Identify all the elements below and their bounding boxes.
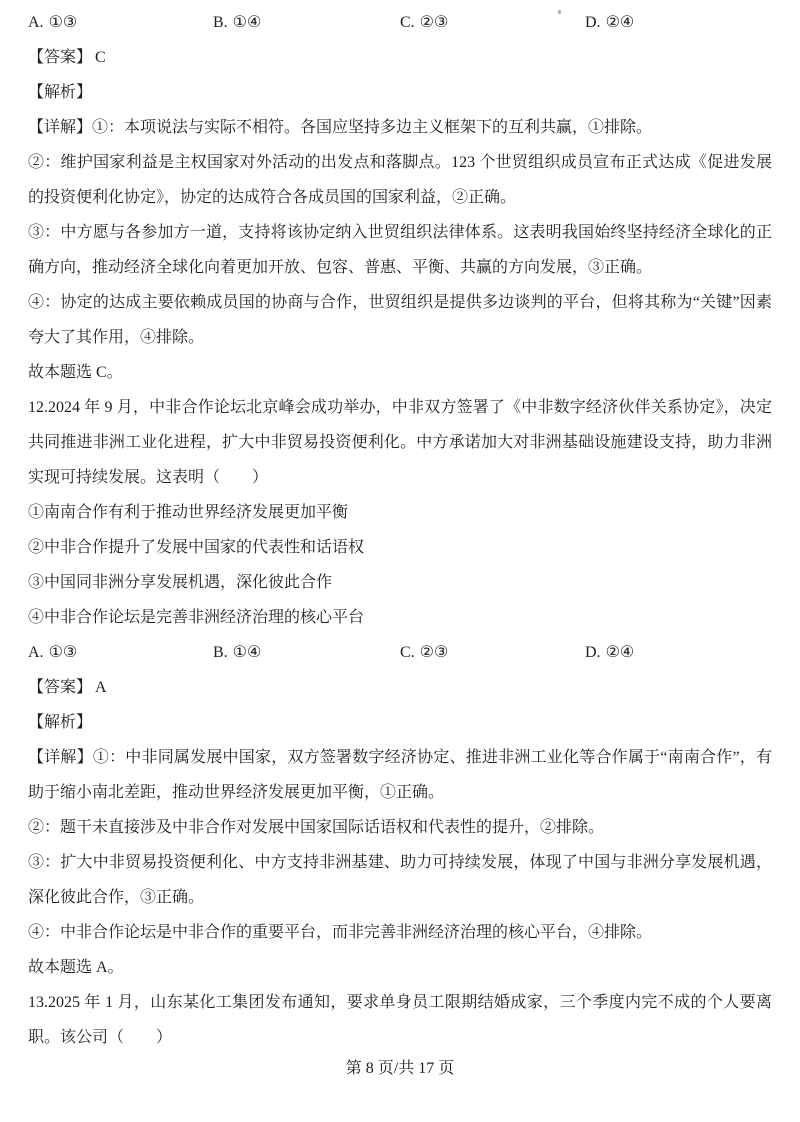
q11-analysis-heading: 【解析】 [28,75,772,110]
q11-detail-point2: ②：维护国家利益是主权国家对外活动的出发点和落脚点。123 个世贸组织成员宣布正… [28,145,772,215]
option-value: ②③ [420,14,449,31]
q11-conclusion: 故本题选 C。 [28,355,772,390]
q12-option-a: A.①③ [28,635,213,670]
q12-statement-1: ①南南合作有利于推动世界经济发展更加平衡 [28,495,772,530]
q11-detail-point3: ③：中方愿与各参加方一道，支持将该协定纳入世贸组织法律体系。这表明我国始终坚持经… [28,215,772,285]
option-label: C. [400,14,415,31]
q12-analysis-heading: 【解析】 [28,705,772,740]
option-value: ①④ [233,644,262,661]
q13-stem: 13.2025 年 1 月，山东某化工集团发布通知，要求单身员工限期结婚成家，三… [28,985,772,1055]
q11-option-a: A.①③ [28,5,213,40]
option-value: ②④ [606,14,635,31]
answer-label: 【答案】 [28,679,92,696]
option-value: ①④ [233,14,262,31]
q12-conclusion: 故本题选 A。 [28,950,772,985]
q12-detail-point2: ②：题干未直接涉及中非合作对发展中国家国际话语权和代表性的提升，②排除。 [28,810,772,845]
option-label: B. [213,14,228,31]
q12-options-row: A.①③ B.①④ C.②③ D.②④ [28,635,772,670]
exam-document-page: A.①③ B.①④ C.②③ D.②④ 【答案】C 【解析】 【详解】①：本项说… [0,0,800,1122]
q12-statement-4: ④中非合作论坛是完善非洲经济治理的核心平台 [28,600,772,635]
option-label: A. [28,14,44,31]
option-value: ①③ [49,644,78,661]
q12-detail-point1: 【详解】①：中非同属发展中国家，双方签署数字经济协定、推进非洲工业化等合作属于“… [28,740,772,810]
q12-statement-2: ②中非合作提升了发展中国家的代表性和话语权 [28,530,772,565]
option-label: A. [28,644,44,661]
q12-option-d: D.②④ [585,635,772,670]
option-label: D. [585,644,601,661]
page-number-indicator: 第 8 页/共 17 页 [346,1060,454,1077]
q11-answer-line: 【答案】C [28,40,772,75]
q12-detail-point3: ③：扩大中非贸易投资便利化、中方支持非洲基建、助力可持续发展，体现了中国与非洲分… [28,845,772,915]
q12-answer-line: 【答案】A [28,670,772,705]
q12-statement-3: ③中国同非洲分享发展机遇，深化彼此合作 [28,565,772,600]
q11-options-row: A.①③ B.①④ C.②③ D.②④ [28,5,772,40]
q12-detail-point4: ④：中非合作论坛是中非合作的重要平台，而非完善非洲经济治理的核心平台，④排除。 [28,915,772,950]
q12-option-c: C.②③ [400,635,585,670]
answer-value: C [95,49,106,66]
option-value: ①③ [49,14,78,31]
page-footer: 第 8 页/共 17 页 [0,1051,800,1086]
q11-detail-point4: ④：协定的达成主要依赖成员国的协商与合作，世贸组织是提供多边谈判的平台，但将其称… [28,285,772,355]
option-label: C. [400,644,415,661]
option-label: B. [213,644,228,661]
option-value: ②④ [606,644,635,661]
answer-label: 【答案】 [28,49,92,66]
option-label: D. [585,14,601,31]
q11-option-c: C.②③ [400,5,585,40]
q12-option-b: B.①④ [213,635,400,670]
q11-option-d: D.②④ [585,5,772,40]
answer-value: A [95,679,107,696]
option-value: ②③ [420,644,449,661]
page-content: A.①③ B.①④ C.②③ D.②④ 【答案】C 【解析】 【详解】①：本项说… [28,5,772,1055]
q11-detail-point1: 【详解】①：本项说法与实际不相符。各国应坚持多边主义框架下的互利共赢，①排除。 [28,110,772,145]
q12-stem: 12.2024 年 9 月，中非合作论坛北京峰会成功举办，中非双方签署了《中非数… [28,390,772,495]
q11-option-b: B.①④ [213,5,400,40]
